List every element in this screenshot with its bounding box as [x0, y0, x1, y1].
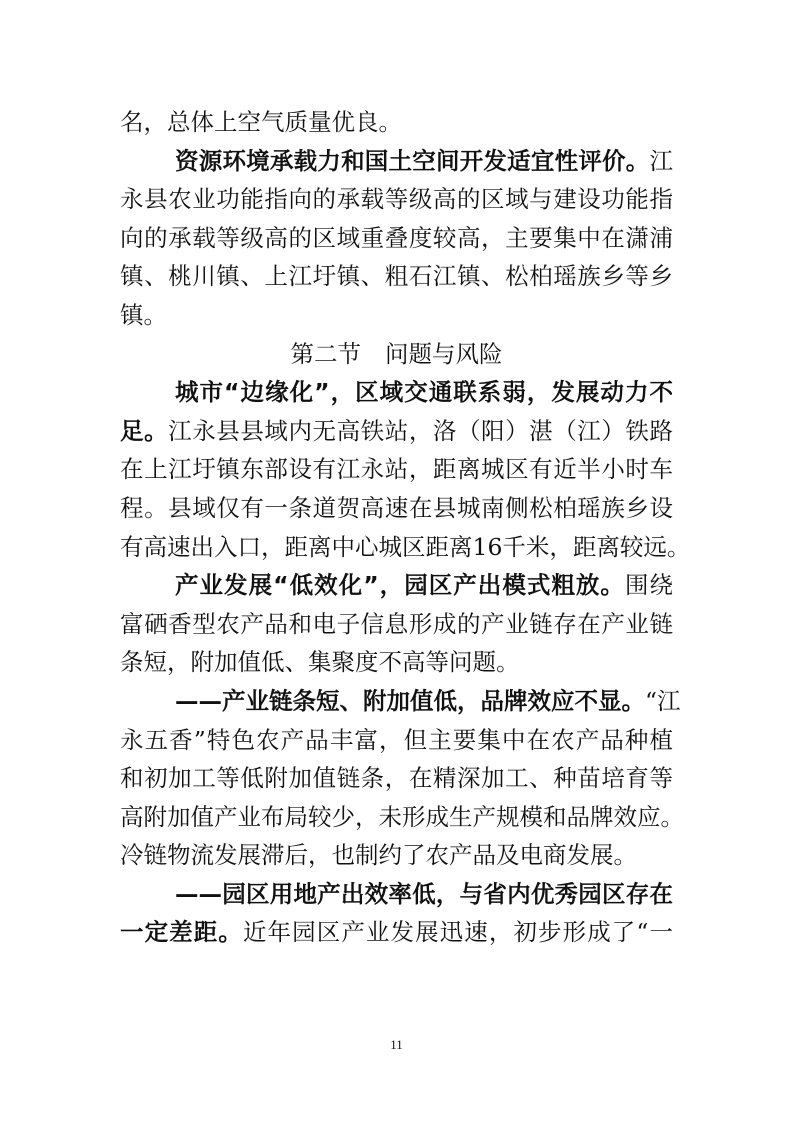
paragraph-line: 永五香”特色农产品丰富，但主要集中在农产品种植 — [120, 721, 673, 760]
document-page: 名，总体上空气质量优良。 资源环境承载力和国土空间开发适宜性评价。江 永县农业功… — [0, 0, 793, 1122]
paragraph-line: 高附加值产业布局较少，未形成生产规模和品牌效应。 — [120, 798, 673, 837]
paragraph-line: 永县农业功能指向的承载等级高的区域与建设功能指 — [120, 180, 673, 219]
body-text-run: 镇。 — [120, 301, 167, 329]
paragraph-line: 有高速出入口，距离中心城区距离16千米，距离较远。 — [120, 528, 673, 567]
body-text-run: 高附加值产业布局较少，未形成生产规模和品牌效应。 — [120, 803, 684, 831]
body-text-run: 近年园区产业发展迅速，初步形成了“一 — [243, 918, 673, 946]
paragraph-line: ——产业链条短、附加值低，品牌效应不显。“江 — [120, 682, 673, 721]
bold-lead-text: ——园区用地产出效率低，与省内优秀园区存在 — [175, 880, 673, 908]
paragraph-line: 城市“边缘化”，区域交通联系弱，发展动力不 — [120, 373, 673, 412]
bold-lead-text: 产业发展“低效化”，园区产出模式粗放。 — [175, 571, 625, 599]
body-text-run: 有高速出入口，距离中心城区距离16千米，距离较远。 — [120, 533, 690, 561]
body-text-run: 程。县域仅有一条道贺高速在县城南侧松柏瑶族乡设 — [120, 494, 673, 522]
paragraph-line: 镇。 — [120, 296, 673, 335]
paragraph-line: 条短，附加值低、集聚度不高等问题。 — [120, 643, 673, 682]
section-number: 第二节 — [291, 340, 362, 368]
section-heading: 第二节问题与风险 — [120, 335, 673, 374]
paragraph-line: 和初加工等低附加值链条，在精深加工、种苗培育等 — [120, 759, 673, 798]
paragraph-line: 镇、桃川镇、上江圩镇、粗石江镇、松柏瑶族乡等乡 — [120, 257, 673, 296]
paragraph-line: 程。县域仅有一条道贺高速在县城南侧松柏瑶族乡设 — [120, 489, 673, 528]
bold-lead-text: 资源环境承载力和国土空间开发适宜性评价。 — [175, 147, 650, 175]
bold-lead-text: ——产业链条短、附加值低，品牌效应不显。 — [175, 687, 645, 715]
body-text-run: 镇、桃川镇、上江圩镇、粗石江镇、松柏瑶族乡等乡 — [120, 262, 673, 290]
body-text-run: 永县农业功能指向的承载等级高的区域与建设功能指 — [120, 185, 673, 213]
body-text-run: 向的承载等级高的区域重叠度较高，主要集中在潇浦 — [120, 224, 673, 252]
paragraph-line: ——园区用地产出效率低，与省内优秀园区存在 — [120, 875, 673, 914]
paragraph-line: 资源环境承载力和国土空间开发适宜性评价。江 — [120, 142, 673, 181]
page-number: 11 — [0, 1037, 793, 1053]
body-text-run: 条短，附加值低、集聚度不高等问题。 — [120, 648, 520, 676]
paragraph-line: 一定差距。近年园区产业发展迅速，初步形成了“一 — [120, 913, 673, 952]
body-text-run: 名，总体上空气质量优良。 — [120, 108, 402, 136]
paragraph-line: 足。江永县县域内无高铁站，洛（阳）湛（江）铁路 — [120, 412, 673, 451]
bold-lead-text: 一定差距。 — [120, 918, 243, 946]
paragraph-line: 冷链物流发展滞后，也制约了农产品及电商发展。 — [120, 836, 673, 875]
body-text-run: 富硒香型农产品和电子信息形成的产业链存在产业链 — [120, 610, 673, 638]
body-text-run: 江永县县域内无高铁站，洛（阳）湛（江）铁路 — [168, 417, 673, 445]
paragraph-line: 产业发展“低效化”，园区产出模式粗放。围绕 — [120, 566, 673, 605]
body-text-run: 永五香”特色农产品丰富，但主要集中在农产品种植 — [120, 726, 673, 754]
body-text-run: 在上江圩镇东部设有江永站，距离城区有近半小时车 — [120, 455, 673, 483]
body-text: 名，总体上空气质量优良。 资源环境承载力和国土空间开发适宜性评价。江 永县农业功… — [120, 103, 673, 952]
paragraph-line: 名，总体上空气质量优良。 — [120, 103, 673, 142]
bold-lead-text: 足。 — [120, 417, 168, 445]
body-text-run: 围绕 — [625, 571, 673, 599]
body-text-run: 冷链物流发展滞后，也制约了农产品及电商发展。 — [120, 841, 637, 869]
paragraph-line: 富硒香型农产品和电子信息形成的产业链存在产业链 — [120, 605, 673, 644]
body-text-run: 和初加工等低附加值链条，在精深加工、种苗培育等 — [120, 764, 673, 792]
body-text-run: 江 — [650, 147, 674, 175]
bold-lead-text: 城市“边缘化”，区域交通联系弱，发展动力不 — [175, 378, 673, 406]
paragraph-line: 在上江圩镇东部设有江永站，距离城区有近半小时车 — [120, 450, 673, 489]
section-title: 问题与风险 — [385, 340, 503, 368]
body-text-run: “江 — [645, 687, 681, 715]
paragraph-line: 向的承载等级高的区域重叠度较高，主要集中在潇浦 — [120, 219, 673, 258]
